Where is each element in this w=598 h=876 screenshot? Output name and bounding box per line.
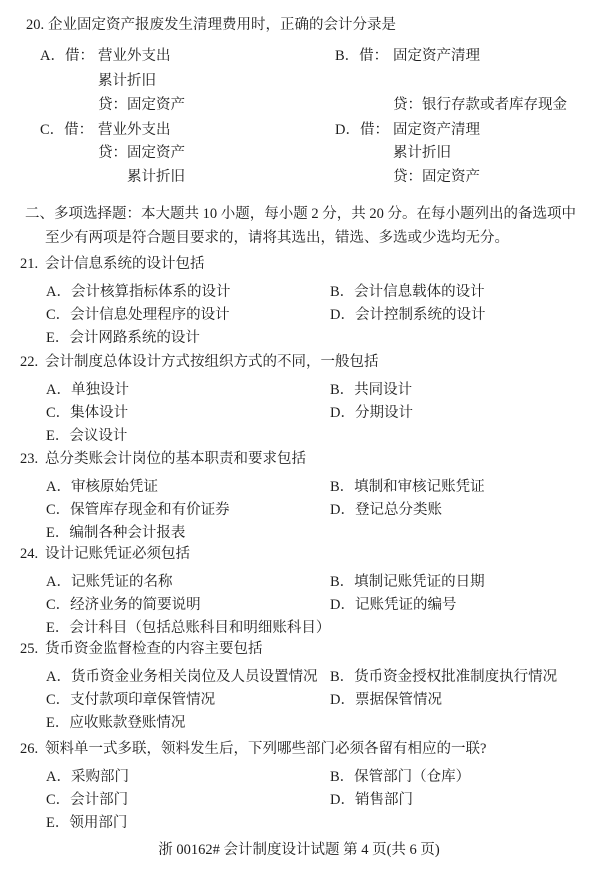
question-22-options: A．单独设计 B．共同设计 C．集体设计 D．分期设计 E．会议设计 bbox=[0, 379, 598, 448]
question-25-number: 25. bbox=[20, 638, 45, 661]
option-row: A．采购部门 B．保管部门（仓库） bbox=[46, 766, 598, 789]
question-21-option-b: B．会计信息载体的设计 bbox=[330, 281, 598, 304]
q20-option-d-debit1: 固定资产清理 bbox=[393, 121, 480, 139]
question-25-option-d: D．票据保管情况 bbox=[330, 689, 598, 712]
question-25: 25.货币资金监督检查的内容主要包括 A．货币资金业务相关岗位及人员设置情况 B… bbox=[0, 638, 598, 735]
question-25-stem: 货币资金监督检查的内容主要包括 bbox=[45, 641, 263, 657]
q20-option-a-credit: 贷：固定资产 bbox=[98, 96, 185, 114]
question-20-stem: 企业固定资产报废发生清理费用时，正确的会计分录是 bbox=[48, 16, 396, 34]
question-21-option-c: C．会计信息处理程序的设计 bbox=[46, 304, 330, 327]
question-21-stem-line: 21.会计信息系统的设计包括 bbox=[0, 253, 598, 276]
question-25-option-a: A．货币资金业务相关岗位及人员设置情况 bbox=[46, 666, 330, 689]
question-23-option-c: C．保管库存现金和有价证券 bbox=[46, 499, 330, 522]
q20-option-a-label: A．借： bbox=[40, 47, 94, 65]
q20-option-d-label: D．借： bbox=[335, 121, 389, 139]
question-21-option-a: A．会计核算指标体系的设计 bbox=[46, 281, 330, 304]
option-row: A．单独设计 B．共同设计 bbox=[46, 379, 598, 402]
option-row: E．应收账款登账情况 bbox=[46, 712, 598, 735]
question-26-option-c: C．会计部门 bbox=[46, 789, 330, 812]
question-24-option-a: A．记账凭证的名称 bbox=[46, 571, 330, 594]
option-row: E．编制各种会计报表 bbox=[46, 522, 598, 545]
q20-option-a-debit2: 累计折旧 bbox=[98, 72, 156, 90]
question-23: 23.总分类账会计岗位的基本职责和要求包括 A．审核原始凭证 B．填制和审核记账… bbox=[0, 448, 598, 545]
question-21-stem: 会计信息系统的设计包括 bbox=[45, 256, 205, 272]
question-24: 24.设计记账凭证必须包括 A．记账凭证的名称 B．填制记账凭证的日期 C．经济… bbox=[0, 543, 598, 640]
question-22-option-c: C．集体设计 bbox=[46, 402, 330, 425]
question-24-stem: 设计记账凭证必须包括 bbox=[45, 546, 190, 562]
option-row: C．支付款项印章保管情况 D．票据保管情况 bbox=[46, 689, 598, 712]
question-21: 21.会计信息系统的设计包括 A．会计核算指标体系的设计 B．会计信息载体的设计… bbox=[0, 253, 598, 350]
option-row: E．会议设计 bbox=[46, 425, 598, 448]
question-26-stem-line: 26.领料单一式多联，领料发生后，下列哪些部门必须各留有相应的一联? bbox=[0, 738, 598, 761]
question-26-option-e: E．领用部门 bbox=[46, 812, 330, 835]
question-21-option-e: E．会计网路系统的设计 bbox=[46, 327, 330, 350]
option-row: C．经济业务的简要说明 D．记账凭证的编号 bbox=[46, 594, 598, 617]
question-24-stem-line: 24.设计记账凭证必须包括 bbox=[0, 543, 598, 566]
question-24-number: 24. bbox=[20, 543, 45, 566]
question-21-options: A．会计核算指标体系的设计 B．会计信息载体的设计 C．会计信息处理程序的设计 … bbox=[0, 281, 598, 350]
question-25-options: A．货币资金业务相关岗位及人员设置情况 B．货币资金授权批准制度执行情况 C．支… bbox=[0, 666, 598, 735]
question-22: 22.会计制度总体设计方式按组织方式的不同，一般包括 A．单独设计 B．共同设计… bbox=[0, 351, 598, 448]
q20-option-d-credit: 贷：固定资产 bbox=[393, 168, 480, 186]
question-22-stem: 会计制度总体设计方式按组织方式的不同，一般包括 bbox=[45, 354, 379, 370]
question-23-option-a: A．审核原始凭证 bbox=[46, 476, 330, 499]
section-2-heading-line2: 至少有两项是符合题目要求的，请将其选出，错选、多选或少选均无分。 bbox=[45, 229, 509, 247]
question-25-option-e: E．应收账款登账情况 bbox=[46, 712, 330, 735]
option-row: A．记账凭证的名称 B．填制记账凭证的日期 bbox=[46, 571, 598, 594]
section-2-heading-line1: 二、多项选择题：本大题共 10 小题，每小题 2 分，共 20 分。在每小题列出… bbox=[25, 205, 576, 223]
question-22-option-e: E．会议设计 bbox=[46, 425, 330, 448]
q20-option-d-debit2: 累计折旧 bbox=[393, 144, 451, 162]
q20-option-b-label: B．借： bbox=[335, 47, 388, 65]
question-23-option-d: D．登记总分类账 bbox=[330, 499, 598, 522]
question-21-option-d: D．会计控制系统的设计 bbox=[330, 304, 598, 327]
question-23-options: A．审核原始凭证 B．填制和审核记账凭证 C．保管库存现金和有价证券 D．登记总… bbox=[0, 476, 598, 545]
option-row: C．会计信息处理程序的设计 D．会计控制系统的设计 bbox=[46, 304, 598, 327]
option-row: C．保管库存现金和有价证券 D．登记总分类账 bbox=[46, 499, 598, 522]
q20-option-c-debit1: 营业外支出 bbox=[98, 121, 171, 139]
question-24-options: A．记账凭证的名称 B．填制记账凭证的日期 C．经济业务的简要说明 D．记账凭证… bbox=[0, 571, 598, 640]
question-25-stem-line: 25.货币资金监督检查的内容主要包括 bbox=[0, 638, 598, 661]
q20-option-c-credit: 贷：固定资产 bbox=[98, 144, 185, 162]
question-26-option-d: D．销售部门 bbox=[330, 789, 598, 812]
question-22-number: 22. bbox=[20, 351, 45, 374]
question-26-option-a: A．采购部门 bbox=[46, 766, 330, 789]
question-25-option-c: C．支付款项印章保管情况 bbox=[46, 689, 330, 712]
question-23-stem: 总分类账会计岗位的基本职责和要求包括 bbox=[45, 451, 306, 467]
option-row: A．货币资金业务相关岗位及人员设置情况 B．货币资金授权批准制度执行情况 bbox=[46, 666, 598, 689]
exam-page: 20. 企业固定资产报废发生清理费用时，正确的会计分录是 A．借： 营业外支出 … bbox=[0, 0, 598, 876]
question-22-option-b: B．共同设计 bbox=[330, 379, 598, 402]
question-22-option-a: A．单独设计 bbox=[46, 379, 330, 402]
question-21-number: 21. bbox=[20, 253, 45, 276]
option-row: E．会计网路系统的设计 bbox=[46, 327, 598, 350]
option-row: C．集体设计 D．分期设计 bbox=[46, 402, 598, 425]
question-23-number: 23. bbox=[20, 448, 45, 471]
q20-option-c-label: C．借： bbox=[40, 121, 93, 139]
q20-option-b-credit: 贷：银行存款或者库存现金 bbox=[393, 96, 567, 114]
question-26-options: A．采购部门 B．保管部门（仓库） C．会计部门 D．销售部门 E．领用部门 bbox=[0, 766, 598, 835]
q20-option-b-debit1: 固定资产清理 bbox=[393, 47, 480, 65]
option-row: E．领用部门 bbox=[46, 812, 598, 835]
question-26: 26.领料单一式多联，领料发生后，下列哪些部门必须各留有相应的一联? A．采购部… bbox=[0, 738, 598, 835]
question-24-option-c: C．经济业务的简要说明 bbox=[46, 594, 330, 617]
option-row: A．会计核算指标体系的设计 B．会计信息载体的设计 bbox=[46, 281, 598, 304]
question-23-option-e: E．编制各种会计报表 bbox=[46, 522, 330, 545]
option-row: A．审核原始凭证 B．填制和审核记账凭证 bbox=[46, 476, 598, 499]
question-20-number: 20. bbox=[26, 16, 44, 34]
question-26-option-b: B．保管部门（仓库） bbox=[330, 766, 598, 789]
question-22-stem-line: 22.会计制度总体设计方式按组织方式的不同，一般包括 bbox=[0, 351, 598, 374]
question-25-option-b: B．货币资金授权批准制度执行情况 bbox=[330, 666, 598, 689]
page-footer: 浙 00162# 会计制度设计试题 第 4 页(共 6 页) bbox=[0, 841, 598, 859]
option-row: E．会计科目（包括总账科目和明细账科目） bbox=[46, 617, 598, 640]
question-26-stem: 领料单一式多联，领料发生后，下列哪些部门必须各留有相应的一联? bbox=[45, 741, 486, 757]
option-row: C．会计部门 D．销售部门 bbox=[46, 789, 598, 812]
question-24-option-e: E．会计科目（包括总账科目和明细账科目） bbox=[46, 617, 330, 640]
q20-option-c-credit2: 累计折旧 bbox=[127, 168, 185, 186]
q20-option-a-debit1: 营业外支出 bbox=[98, 47, 171, 65]
question-22-option-d: D．分期设计 bbox=[330, 402, 598, 425]
question-26-number: 26. bbox=[20, 738, 45, 761]
question-24-option-d: D．记账凭证的编号 bbox=[330, 594, 598, 617]
question-24-option-b: B．填制记账凭证的日期 bbox=[330, 571, 598, 594]
question-23-stem-line: 23.总分类账会计岗位的基本职责和要求包括 bbox=[0, 448, 598, 471]
question-23-option-b: B．填制和审核记账凭证 bbox=[330, 476, 598, 499]
